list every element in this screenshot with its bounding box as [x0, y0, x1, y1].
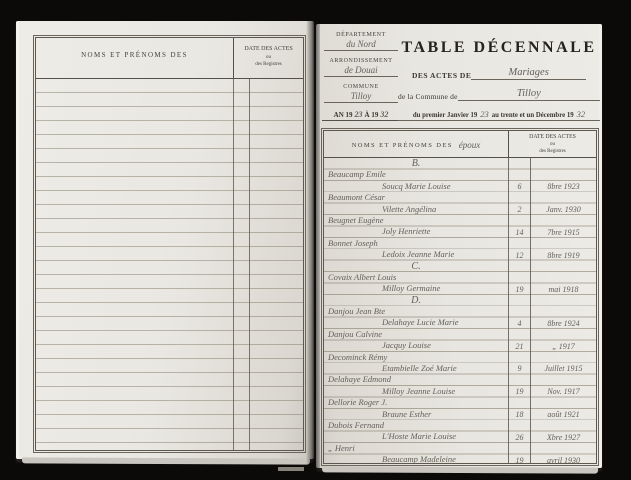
- arrondissement-value: de Douai: [324, 65, 398, 77]
- right-page-bottom-edge: [322, 466, 598, 473]
- acts-table: NOMS ET PRÉNOMS DES époux DATE DES ACTES…: [323, 130, 597, 464]
- commune-value: Tilloy: [324, 91, 398, 103]
- period-line: du premier Janvier 19 23 au trente et un…: [398, 110, 600, 121]
- table-row: Beaucamp Emile Soucq Marie Louise 6 8bre…: [324, 169, 596, 192]
- table-row: Bonnet Joseph Ledoix Jeanne Marie 12 8br…: [324, 238, 596, 261]
- acts-value: Mariages: [471, 67, 586, 80]
- book-spine: [306, 20, 320, 470]
- table-row: Covaix Albert Louis Milloy Germaine 19 m…: [324, 272, 596, 295]
- wife-name: Milloy Germaine: [324, 283, 508, 294]
- husband-name: Beaucamp Emile: [324, 169, 508, 180]
- table-row: Danjou Calvine Jacquy Louise 21 „ 1917: [324, 329, 596, 352]
- date-header-line3: des Registres: [234, 61, 303, 68]
- empty-date-cell: [530, 261, 596, 272]
- period-year-from: 23: [480, 110, 489, 119]
- act-date: „ 1917: [530, 329, 596, 352]
- table-row: „ Henri Beaucamp Madeleine 19 avril 1930: [324, 443, 596, 463]
- act-day: 21: [508, 329, 530, 352]
- years-mid: À 19: [365, 111, 379, 119]
- section-letter: C.: [324, 261, 508, 272]
- names-cell: Beaucamp Emile Soucq Marie Louise: [324, 169, 508, 192]
- names-cell: Dubois Fernand L'Hoste Marie Louise: [324, 420, 508, 443]
- admin-block: DÉPARTEMENT du Nord ARRONDISSEMENT de Do…: [318, 32, 404, 121]
- year-to: 32: [380, 111, 388, 119]
- wife-name: L'Hoste Marie Louise: [324, 431, 508, 442]
- act-date: avril 1930: [530, 443, 596, 463]
- act-day: 18: [508, 397, 530, 420]
- left-table-header: NOMS ET PRÉNOMS DES DATE DES ACTES ou de…: [36, 38, 303, 79]
- wife-name: Soucq Marie Louise: [324, 181, 508, 192]
- wife-name: Vilette Angélina: [324, 204, 508, 215]
- table-row: Beugnet Eugène Joly Henriette 14 7bre 19…: [324, 215, 596, 238]
- act-date: Janv. 1930: [530, 192, 596, 215]
- names-cell: „ Henri Beaucamp Madeleine: [324, 443, 508, 463]
- date-header-line2: ou: [509, 142, 596, 149]
- acts-table-header: NOMS ET PRÉNOMS DES époux DATE DES ACTES…: [324, 131, 596, 158]
- table-row: Decominck Rémy Etambielle Zoé Marie 9 Ju…: [324, 352, 596, 375]
- section-letter-row: B.: [324, 158, 596, 169]
- names-cell: Decominck Rémy Etambielle Zoé Marie: [324, 352, 508, 375]
- act-day: 14: [508, 215, 530, 238]
- names-cell: Danjou Calvine Jacquy Louise: [324, 329, 508, 352]
- names-cell: Covaix Albert Louis Milloy Germaine: [324, 272, 508, 295]
- act-day: 4: [508, 306, 530, 329]
- act-date: Juillet 1915: [530, 352, 596, 375]
- register-scan: NOMS ET PRÉNOMS DES DATE DES ACTES ou de…: [0, 0, 631, 480]
- husband-name: Beugnet Eugène: [324, 215, 508, 226]
- left-page: NOMS ET PRÉNOMS DES DATE DES ACTES ou de…: [16, 21, 314, 459]
- page-title: TABLE DÉCENNALE: [398, 39, 600, 57]
- years-prefix: AN 19: [334, 111, 353, 119]
- date-header-line2: ou: [234, 54, 303, 61]
- empty-day-cell: [508, 158, 530, 169]
- acts-rows: B. Beaucamp Emile Soucq Marie Louise 6 8…: [324, 158, 596, 463]
- empty-date-cell: [530, 158, 596, 169]
- acts-line: DES ACTES DE Mariages: [398, 67, 600, 80]
- names-header-label: NOMS ET PRÉNOMS DES: [352, 142, 453, 149]
- wife-name: Jacquy Louise: [324, 340, 508, 351]
- husband-name: Covaix Albert Louis: [324, 272, 508, 283]
- date-header-line1: DATE DES ACTES: [529, 134, 576, 140]
- names-cell: Bonnet Joseph Ledoix Jeanne Marie: [324, 238, 508, 261]
- section-letter: B.: [324, 158, 508, 169]
- act-day: 2: [508, 192, 530, 215]
- date-column-header: DATE DES ACTES ou des Registres: [508, 131, 596, 157]
- commune-line: de la Commune de Tilloy: [398, 88, 600, 101]
- period-year-to: 32: [577, 110, 586, 119]
- empty-day-cell: [508, 295, 530, 306]
- date-column-header: DATE DES ACTES ou des Registres: [233, 38, 303, 78]
- table-row: Beaumont César Vilette Angélina 2 Janv. …: [324, 192, 596, 215]
- commune-of-label: de la Commune de: [398, 92, 458, 101]
- left-page-bottom-edge: [22, 457, 310, 464]
- date-header-line1: DATE DES ACTES: [244, 46, 292, 52]
- act-day: 26: [508, 420, 530, 443]
- period-part1: du premier Janvier 19: [413, 112, 477, 119]
- names-cell: Danjou Jean Bte Delahaye Lucie Marie: [324, 306, 508, 329]
- acts-table-body: B. Beaucamp Emile Soucq Marie Louise 6 8…: [324, 158, 596, 463]
- departement-value: du Nord: [324, 39, 398, 51]
- husband-name: Danjou Calvine: [324, 329, 508, 340]
- departement-label: DÉPARTEMENT: [318, 32, 404, 38]
- act-date: août 1921: [530, 397, 596, 420]
- husband-name: Dellorie Roger J.: [324, 397, 508, 408]
- names-column-header: NOMS ET PRÉNOMS DES: [36, 38, 233, 78]
- husband-name: Bonnet Joseph: [324, 238, 508, 249]
- names-cell: Beaumont César Vilette Angélina: [324, 192, 508, 215]
- section-letter-row: D.: [324, 295, 596, 306]
- wife-name: Ledoix Jeanne Marie: [324, 249, 508, 260]
- act-day: 19: [508, 272, 530, 295]
- wife-name: Milloy Jeanne Louise: [324, 386, 508, 397]
- wife-name: Beaucamp Madeleine: [324, 454, 508, 463]
- act-date: mai 1918: [530, 272, 596, 295]
- years-range: AN 19 23 À 19 32: [322, 111, 400, 121]
- commune-of-value: Tilloy: [458, 88, 600, 101]
- husband-name: Beaumont César: [324, 192, 508, 203]
- period-part2: au trente et un Décembre 19: [492, 112, 574, 119]
- names-column-header: NOMS ET PRÉNOMS DES époux: [324, 131, 508, 157]
- right-page: DÉPARTEMENT du Nord ARRONDISSEMENT de Do…: [316, 24, 602, 468]
- acts-label: DES ACTES DE: [412, 71, 471, 80]
- act-day: 19: [508, 374, 530, 397]
- act-date: 8bre 1924: [530, 306, 596, 329]
- wife-name: Delahaye Lucie Marie: [324, 317, 508, 328]
- act-day: 19: [508, 443, 530, 463]
- husband-name: Delahaye Edmond: [324, 374, 508, 385]
- act-date: Nov. 1917: [530, 374, 596, 397]
- section-letter: D.: [324, 295, 508, 306]
- left-column-divider: [233, 79, 234, 450]
- husband-name: Danjou Jean Bte: [324, 306, 508, 317]
- commune-label: COMMUNE: [318, 84, 404, 90]
- section-letter-row: C.: [324, 261, 596, 272]
- act-date: 8bre 1919: [530, 238, 596, 261]
- wife-name: Braune Esther: [324, 409, 508, 420]
- table-row: Dellorie Roger J. Braune Esther 18 août …: [324, 397, 596, 420]
- act-date: 7bre 1915: [530, 215, 596, 238]
- names-cell: Delahaye Edmond Milloy Jeanne Louise: [324, 374, 508, 397]
- table-row: Delahaye Edmond Milloy Jeanne Louise 19 …: [324, 374, 596, 397]
- empty-day-cell: [508, 261, 530, 272]
- names-cell: Dellorie Roger J. Braune Esther: [324, 397, 508, 420]
- names-cell: Beugnet Eugène Joly Henriette: [324, 215, 508, 238]
- masthead: TABLE DÉCENNALE DES ACTES DE Mariages de…: [398, 39, 600, 121]
- wife-name: Etambielle Zoé Marie: [324, 363, 508, 374]
- left-table-ruled-body: [36, 79, 303, 450]
- spine-tail: [278, 467, 304, 471]
- date-header-line3: des Registres: [509, 149, 596, 156]
- act-day: 9: [508, 352, 530, 375]
- table-row: Dubois Fernand L'Hoste Marie Louise 26 X…: [324, 420, 596, 443]
- left-page-table: NOMS ET PRÉNOMS DES DATE DES ACTES ou de…: [35, 37, 304, 451]
- table-row: Danjou Jean Bte Delahaye Lucie Marie 4 8…: [324, 306, 596, 329]
- husband-name: „ Henri: [324, 443, 508, 454]
- empty-date-cell: [530, 295, 596, 306]
- year-from: 23: [355, 111, 363, 119]
- left-day-divider: [249, 79, 250, 450]
- act-date: Xbre 1927: [530, 420, 596, 443]
- act-day: 6: [508, 169, 530, 192]
- names-header-annotation: époux: [459, 140, 481, 150]
- wife-name: Joly Henriette: [324, 226, 508, 237]
- act-date: 8bre 1923: [530, 169, 596, 192]
- husband-name: Dubois Fernand: [324, 420, 508, 431]
- arrondissement-label: ARRONDISSEMENT: [318, 58, 404, 64]
- act-day: 12: [508, 238, 530, 261]
- husband-name: Decominck Rémy: [324, 352, 508, 363]
